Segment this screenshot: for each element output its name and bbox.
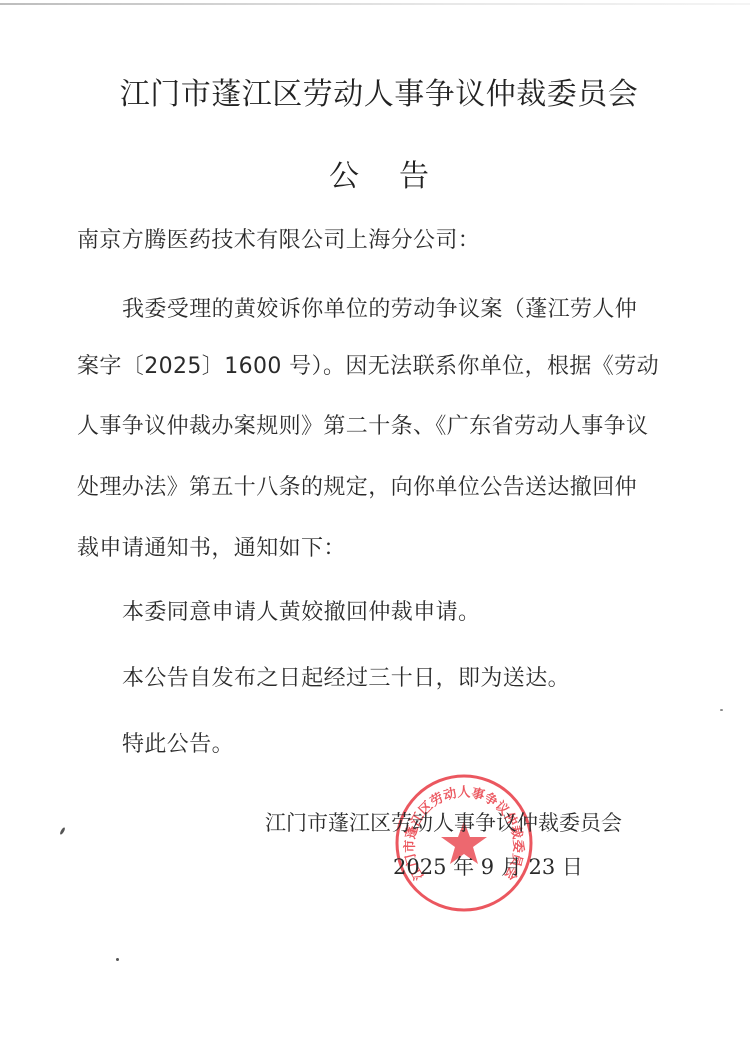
signature-date: 2025 年 9 月 23 日 <box>393 855 583 879</box>
document-subtitle: 公告 <box>0 160 750 194</box>
scan-speck <box>59 827 66 835</box>
page-top-edge <box>0 3 750 5</box>
body-line: 人事争议仲裁办案规则》第二十条、《广东省劳动人事争议 <box>77 414 648 440</box>
decision-line: 本委同意申请人黄姣撤回仲裁申请。 <box>122 600 480 626</box>
body-line: 案字〔2025〕1600 号）。因无法联系你单位，根据《劳动 <box>77 354 659 380</box>
official-seal: 江门市蓬江区劳动人事争议仲裁委员会 <box>394 773 534 913</box>
body-line: 裁申请通知书，通知如下： <box>77 536 346 562</box>
scan-speck <box>116 958 119 961</box>
salutation: 南京方腾医药技术有限公司上海分公司： <box>77 228 480 254</box>
signature-organization: 江门市蓬江区劳动人事争议仲裁委员会 <box>265 811 622 835</box>
document-title: 江门市蓬江区劳动人事争议仲裁委员会 <box>0 78 750 112</box>
closing-line: 特此公告。 <box>122 732 234 758</box>
body-line: 我委受理的黄姣诉你单位的劳动争议案（蓬江劳人仲 <box>122 297 637 323</box>
scan-speck <box>720 709 723 711</box>
body-line: 处理办法》第五十八条的规定，向你单位公告送达撤回仲 <box>77 475 637 501</box>
service-note-line: 本公告自发布之日起经过三十日，即为送达。 <box>122 666 570 692</box>
